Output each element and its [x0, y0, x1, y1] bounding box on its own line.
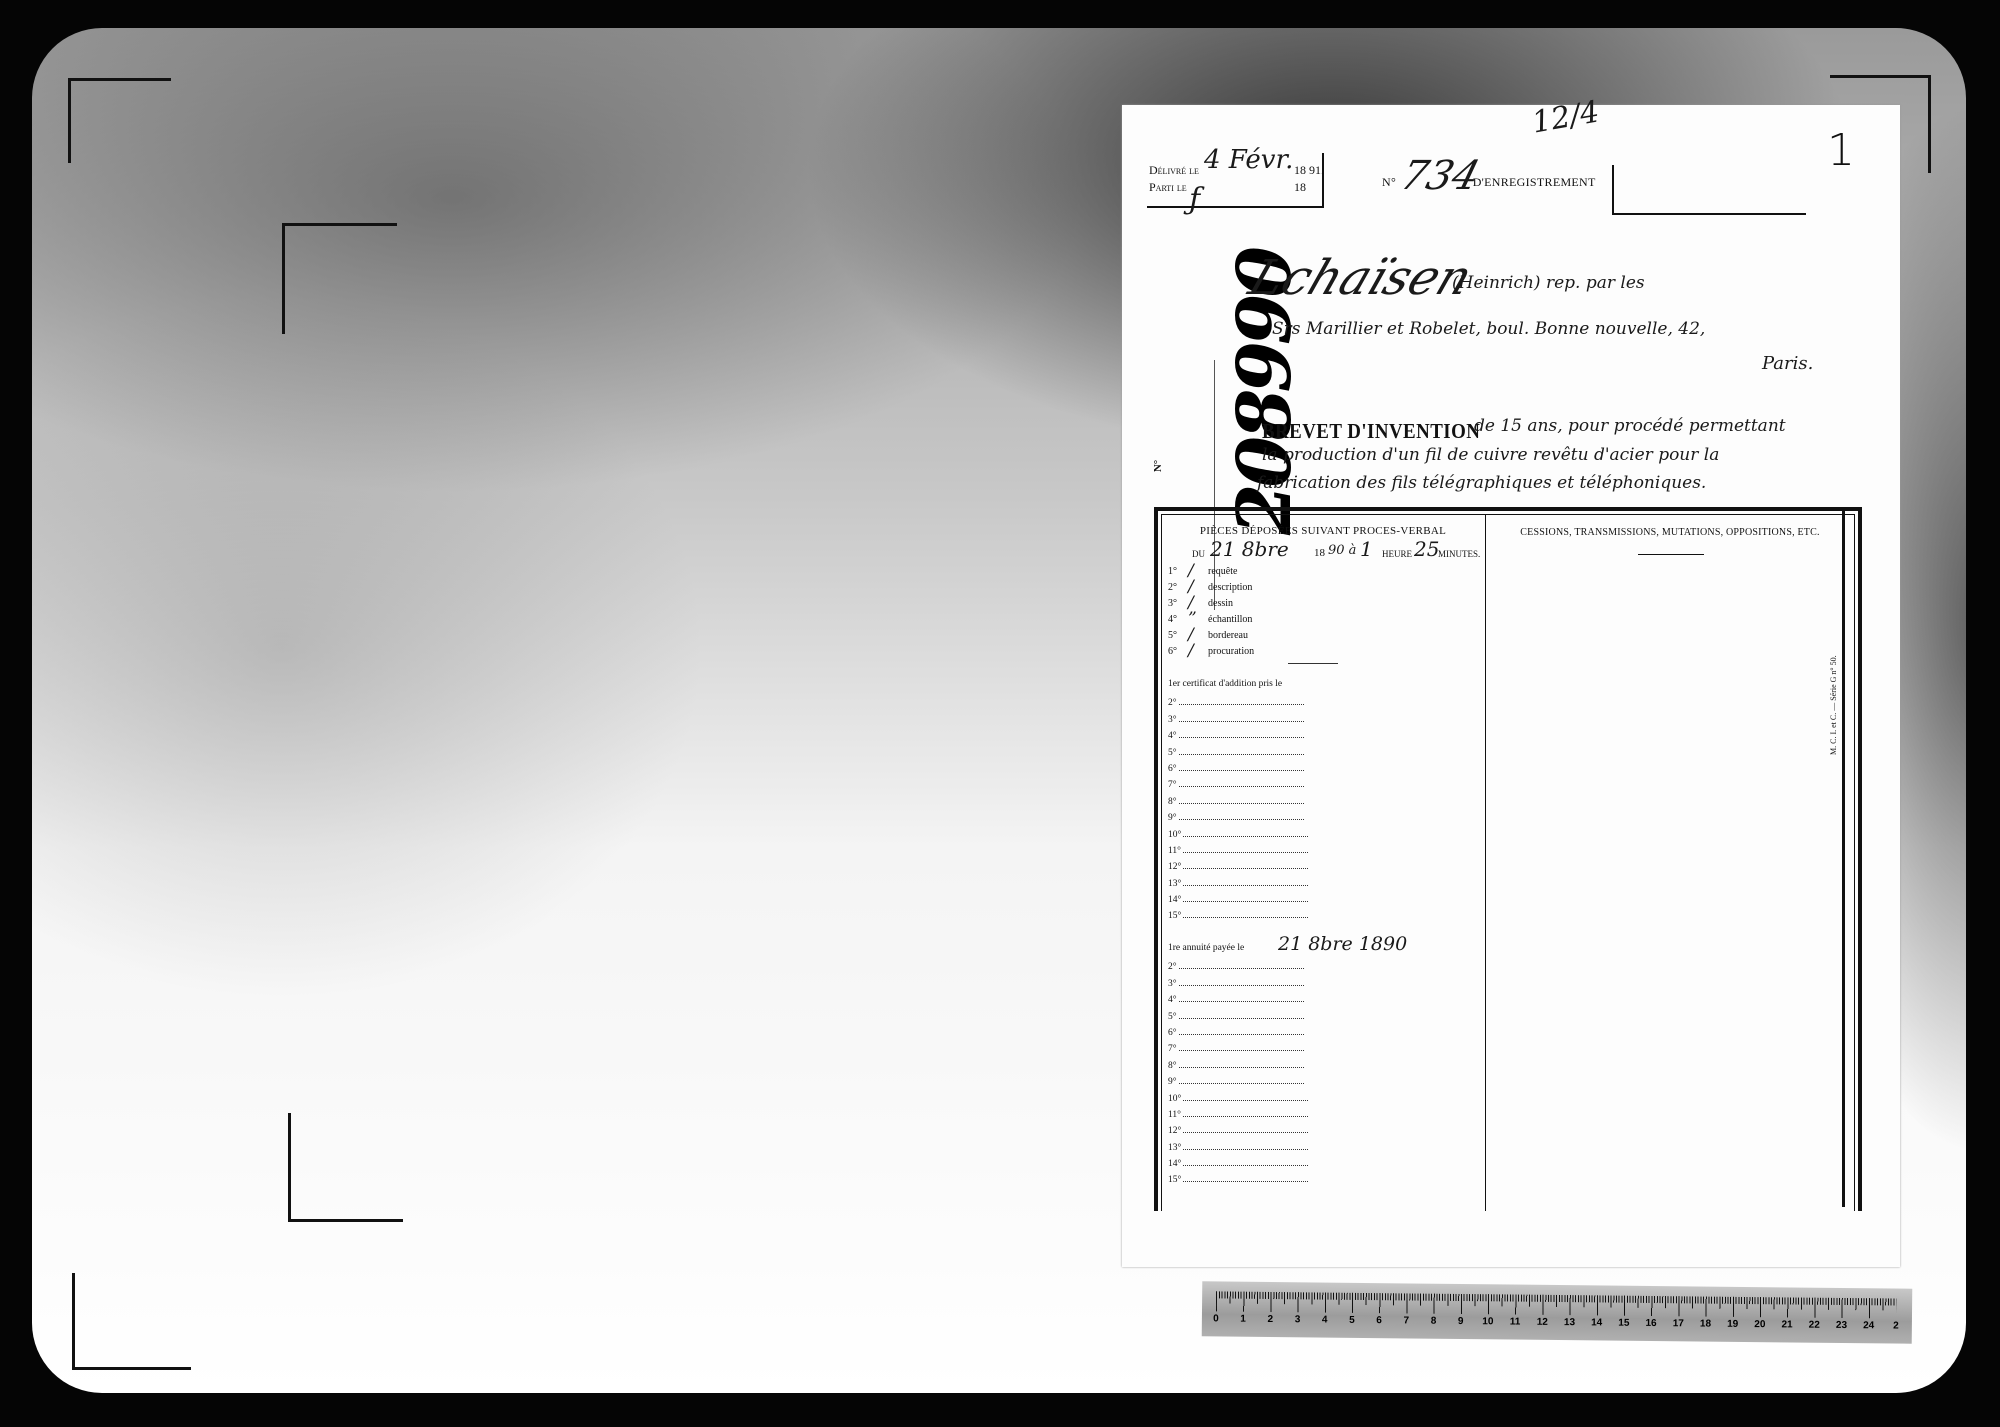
- delivered-date-handwritten: 4 Févr.: [1204, 145, 1293, 175]
- row-number: 8°: [1168, 1061, 1177, 1071]
- item-mark-handwritten: /: [1188, 641, 1194, 661]
- ruler-label: 23: [1836, 1320, 1847, 1331]
- delivered-year: 18 91.: [1294, 163, 1324, 178]
- delivery-box: Délivré le 4 Févr. 18 91. Parti le ƒ 18: [1147, 153, 1324, 208]
- corner-box: [1612, 165, 1806, 215]
- heure-label: HEURE: [1382, 549, 1412, 559]
- item-label: procuration: [1208, 646, 1254, 657]
- sent-line: Parti le ƒ 18: [1149, 180, 1187, 195]
- row-number: 5°: [1168, 748, 1177, 758]
- minutes-label: MINUTES.: [1438, 549, 1480, 559]
- annuity-first-date-handwritten: 21 8bre 1890: [1278, 933, 1407, 955]
- row-number: 9°: [1168, 813, 1177, 823]
- annuity-row: 6°: [1168, 1025, 1468, 1041]
- row-number: 15°: [1168, 1175, 1181, 1185]
- page-number-mark: 1: [1827, 125, 1855, 176]
- list-item: 2° / description: [1168, 582, 1448, 598]
- row-number: 13°: [1168, 879, 1181, 889]
- annuity-row: 4°: [1168, 992, 1468, 1008]
- ruler-label: 19: [1727, 1319, 1738, 1330]
- registration-number-handwritten: 734: [1396, 153, 1485, 199]
- annuity-first-label: 1re annuité payée le: [1168, 943, 1244, 953]
- annuity-row: 9°: [1168, 1074, 1468, 1090]
- certificate-row: 13°: [1168, 876, 1468, 892]
- row-number: 11°: [1168, 846, 1181, 856]
- ruler-label: 22: [1809, 1320, 1820, 1331]
- minutes-handwritten: 25: [1414, 537, 1439, 561]
- ruler-label: 16: [1645, 1318, 1656, 1329]
- row-number: 10°: [1168, 1094, 1181, 1104]
- certificate-row: 8°: [1168, 794, 1468, 810]
- registration-label: D'ENREGISTREMENT: [1473, 175, 1596, 189]
- patent-number-label: N°: [1152, 460, 1164, 472]
- crop-mark-bottom-left-outer: [72, 1273, 191, 1370]
- annuity-row: 10°: [1168, 1091, 1468, 1107]
- ruler-label: 1: [1240, 1314, 1246, 1325]
- row-number: 10°: [1168, 830, 1181, 840]
- list-item: 3° / dessin: [1168, 598, 1448, 614]
- annuity-row: 15°: [1168, 1172, 1468, 1188]
- row-number: 7°: [1168, 780, 1177, 790]
- row-number: 2°: [1168, 698, 1177, 708]
- item-number: 2°: [1168, 582, 1177, 593]
- row-number: 8°: [1168, 797, 1177, 807]
- row-number: 2°: [1168, 962, 1177, 972]
- row-number: 5°: [1168, 1012, 1177, 1022]
- applicant-given-name-handwritten: (Heinrich) rep. par les: [1452, 273, 1645, 293]
- row-number: 14°: [1168, 895, 1181, 905]
- ruler-label: 10: [1482, 1316, 1493, 1327]
- row-number: 11°: [1168, 1110, 1181, 1120]
- patent-register-sheet: Délivré le 4 Févr. 18 91. Parti le ƒ 18 …: [1122, 105, 1900, 1267]
- ruler-label: 24: [1863, 1320, 1874, 1331]
- row-number: 9°: [1168, 1077, 1177, 1087]
- certificate-row: 4°: [1168, 728, 1468, 744]
- certificate-row: 3°: [1168, 712, 1468, 728]
- brevet-title: BREVET D'INVENTION: [1262, 419, 1480, 444]
- ruler-label: 12: [1537, 1317, 1548, 1328]
- column-divider: [1485, 515, 1486, 1211]
- ruler-label: 2: [1893, 1321, 1899, 1332]
- ruler-label: 17: [1673, 1318, 1684, 1329]
- right-margin-rule: [1842, 510, 1845, 1207]
- certificate-row: 11°: [1168, 843, 1468, 859]
- annuity-row: 14°: [1168, 1156, 1468, 1172]
- deposit-date-handwritten: 21 8bre: [1210, 537, 1289, 561]
- certificate-row: 15°: [1168, 908, 1468, 924]
- annuity-row: 7°: [1168, 1041, 1468, 1057]
- ruler-label: 21: [1781, 1319, 1792, 1330]
- ruler-label: 0: [1213, 1313, 1219, 1324]
- crop-mark-top-left-inner: [282, 223, 397, 334]
- list-item: 1° / requête: [1168, 566, 1448, 582]
- ruler-label: 2: [1267, 1314, 1273, 1325]
- row-number: 15°: [1168, 911, 1181, 921]
- ruler-label: 4: [1322, 1315, 1328, 1326]
- registration-no-label: N°: [1382, 175, 1396, 189]
- item-number: 6°: [1168, 646, 1177, 657]
- crop-mark-bottom-left-inner: [288, 1113, 403, 1222]
- annuity-row: 11°: [1168, 1107, 1468, 1123]
- certificate-row: 9°: [1168, 810, 1468, 826]
- row-number: 12°: [1168, 1126, 1181, 1136]
- row-number: 7°: [1168, 1044, 1177, 1054]
- applicant-name-handwritten: Lchaïsen: [1242, 250, 1480, 306]
- list-item: 5° / bordereau: [1168, 630, 1448, 646]
- row-number: 4°: [1168, 731, 1177, 741]
- cessions-heading: CESSIONS, TRANSMISSIONS, MUTATIONS, OPPO…: [1490, 527, 1850, 538]
- du-label: DU: [1192, 549, 1205, 559]
- sent-label: Parti le: [1149, 180, 1187, 194]
- item-number: 3°: [1168, 598, 1177, 609]
- item-label: dessin: [1208, 598, 1233, 609]
- item-label: requête: [1208, 566, 1237, 577]
- list-item: 6° / procuration: [1168, 646, 1448, 662]
- invention-description-line-2: la production d'un fil de cuivre revêtu …: [1262, 445, 1719, 465]
- annuity-row: 5°: [1168, 1009, 1468, 1025]
- crop-mark-top-left-outer: [68, 78, 171, 163]
- row-number: 3°: [1168, 979, 1177, 989]
- annuities-list: 1re annuité payée le 21 8bre 1890 2° 3° …: [1168, 943, 1468, 1189]
- certificate-row: 12°: [1168, 859, 1468, 875]
- certificate-row: 6°: [1168, 761, 1468, 777]
- item-number: 4°: [1168, 614, 1177, 625]
- invention-description-line-1: de 15 ans, pour procédé permettant: [1474, 416, 1786, 436]
- row-number: 13°: [1168, 1143, 1181, 1153]
- measurement-ruler: 0123456789101112131415161718192021222324…: [1202, 1281, 1913, 1343]
- agent-address-handwritten: Srs Marillier et Robelet, boul. Bonne no…: [1272, 319, 1705, 339]
- row-number: 12°: [1168, 862, 1181, 872]
- sent-date-handwritten: ƒ: [1189, 182, 1200, 217]
- annuity-row: 3°: [1168, 976, 1468, 992]
- item-number: 1°: [1168, 566, 1177, 577]
- row-number: 3°: [1168, 715, 1177, 725]
- hour-handwritten: 1: [1360, 537, 1373, 561]
- ruler-label: 7: [1403, 1315, 1409, 1326]
- invention-description-line-3: fabrication des fils télégraphiques et t…: [1257, 473, 1706, 493]
- ruler-label: 5: [1349, 1315, 1355, 1326]
- year-handwritten: 90 à: [1328, 543, 1356, 558]
- item-number: 5°: [1168, 630, 1177, 641]
- item-label: bordereau: [1208, 630, 1248, 641]
- ruler-label: 20: [1754, 1319, 1765, 1330]
- list-item: 4° ” échantillon: [1168, 614, 1448, 630]
- pieces-heading: PIÈCES DÉPOSÉES SUIVANT PROCES-VERBAL: [1188, 525, 1458, 537]
- pieces-list: 1° / requête 2° / description 3° / dessi…: [1168, 566, 1448, 662]
- records-frame: PIÈCES DÉPOSÉES SUIVANT PROCES-VERBAL DU…: [1154, 507, 1862, 1211]
- ruler-label: 14: [1591, 1317, 1602, 1328]
- ruler-label: 13: [1564, 1317, 1575, 1328]
- annuity-first-row: 1re annuité payée le 21 8bre 1890: [1168, 943, 1468, 959]
- ruler-label: 8: [1431, 1316, 1437, 1327]
- ruler-label: 6: [1376, 1315, 1382, 1326]
- annuity-row: 13°: [1168, 1140, 1468, 1156]
- certificate-row: 5°: [1168, 745, 1468, 761]
- printer-note: M. C. I. et C. — Série G n° 50.: [1829, 655, 1838, 755]
- ruler-label: 3: [1295, 1314, 1301, 1325]
- row-number: 6°: [1168, 1028, 1177, 1038]
- ruler-label: 18: [1700, 1318, 1711, 1329]
- ruler-label: 15: [1618, 1318, 1629, 1329]
- certificate-row: 7°: [1168, 777, 1468, 793]
- ruler-label: 11: [1510, 1317, 1521, 1328]
- city-handwritten: Paris.: [1762, 353, 1813, 374]
- sent-year: 18: [1294, 180, 1306, 195]
- annuity-row: 2°: [1168, 959, 1468, 975]
- row-number: 14°: [1168, 1159, 1181, 1169]
- certificate-row: 2°: [1168, 695, 1468, 711]
- annuity-row: 8°: [1168, 1058, 1468, 1074]
- certificates-list: 1er certificat d'addition pris le 2° 3° …: [1168, 679, 1468, 925]
- section-rule: [1288, 663, 1338, 664]
- item-label: description: [1208, 582, 1252, 593]
- certificate-row: 14°: [1168, 892, 1468, 908]
- certificate-first-row: 1er certificat d'addition pris le: [1168, 679, 1468, 695]
- year-print: 18: [1314, 547, 1325, 559]
- certificate-row: 10°: [1168, 827, 1468, 843]
- row-number: 6°: [1168, 764, 1177, 774]
- cessions-rule: [1638, 554, 1704, 555]
- ruler-label: 9: [1458, 1316, 1464, 1327]
- ruler-ticks: [1216, 1291, 1896, 1318]
- delivered-line: Délivré le 4 Févr. 18 91.: [1149, 163, 1199, 178]
- row-number: 4°: [1168, 995, 1177, 1005]
- annuity-row: 12°: [1168, 1123, 1468, 1139]
- delivered-label: Délivré le: [1149, 163, 1199, 177]
- item-label: échantillon: [1208, 614, 1252, 625]
